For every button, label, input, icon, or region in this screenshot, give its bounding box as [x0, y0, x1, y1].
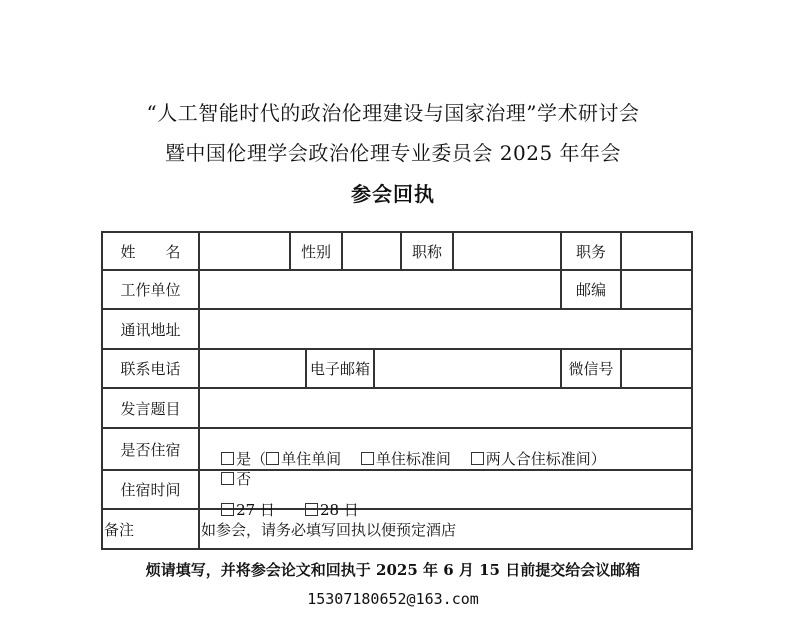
email-field[interactable] — [375, 350, 560, 387]
wechat-label: 微信号 — [562, 350, 620, 387]
remarks-label: 备注 — [103, 510, 198, 548]
checkbox-icon[interactable] — [471, 452, 484, 465]
address-field[interactable] — [200, 310, 691, 348]
title-line-2: 暨中国伦理学会政治伦理专业委员会 2025 年年会 — [0, 137, 786, 166]
title-label: 职称 — [402, 233, 452, 269]
stay-label: 住宿时间 — [103, 471, 198, 508]
position-label: 职务 — [562, 233, 620, 269]
phone-label: 联系电话 — [103, 350, 198, 387]
title-field[interactable] — [454, 233, 560, 269]
lodging-options-line1: 是（单住单间 单住标准间 两人合住标准间） — [202, 430, 606, 487]
email-label: 电子邮箱 — [307, 350, 373, 387]
gender-label: 性别 — [291, 233, 341, 269]
lodging-standard-option[interactable]: 单住标准间 — [361, 450, 451, 468]
name-field[interactable] — [200, 233, 289, 269]
lodging-label: 是否住宿 — [103, 429, 198, 469]
postcode-field[interactable] — [622, 271, 691, 308]
phone-field[interactable] — [200, 350, 305, 387]
position-field[interactable] — [622, 233, 691, 269]
lodging-shared-option[interactable]: 两人合住标准间） — [471, 450, 606, 468]
name-label: 姓 名 — [103, 233, 198, 269]
submission-instruction: 烦请填写，并将参会论文和回执于 2025 年 6 月 15 日前提交给会议邮箱 — [0, 559, 786, 580]
table-border — [101, 548, 693, 550]
topic-field[interactable] — [200, 389, 691, 427]
wechat-field[interactable] — [622, 350, 691, 387]
postcode-label: 邮编 — [562, 271, 620, 308]
checkbox-icon[interactable] — [361, 452, 374, 465]
submission-email[interactable]: 15307180652@163.com — [0, 590, 786, 608]
title-line-1: “人工智能时代的政治伦理建设与国家治理”学术研讨会 — [0, 97, 786, 126]
workplace-field[interactable] — [200, 271, 560, 308]
gender-field[interactable] — [343, 233, 400, 269]
remarks-value: 如参会，请务必填写回执以便预定酒店 — [200, 510, 691, 548]
checkbox-icon[interactable] — [266, 452, 279, 465]
topic-label: 发言题目 — [103, 389, 198, 427]
lodging-single-option[interactable]: 单住单间 — [266, 450, 341, 468]
workplace-label: 工作单位 — [103, 271, 198, 308]
form-title: 参会回执 — [0, 178, 786, 207]
table-border — [691, 231, 693, 550]
address-label: 通讯地址 — [103, 310, 198, 348]
